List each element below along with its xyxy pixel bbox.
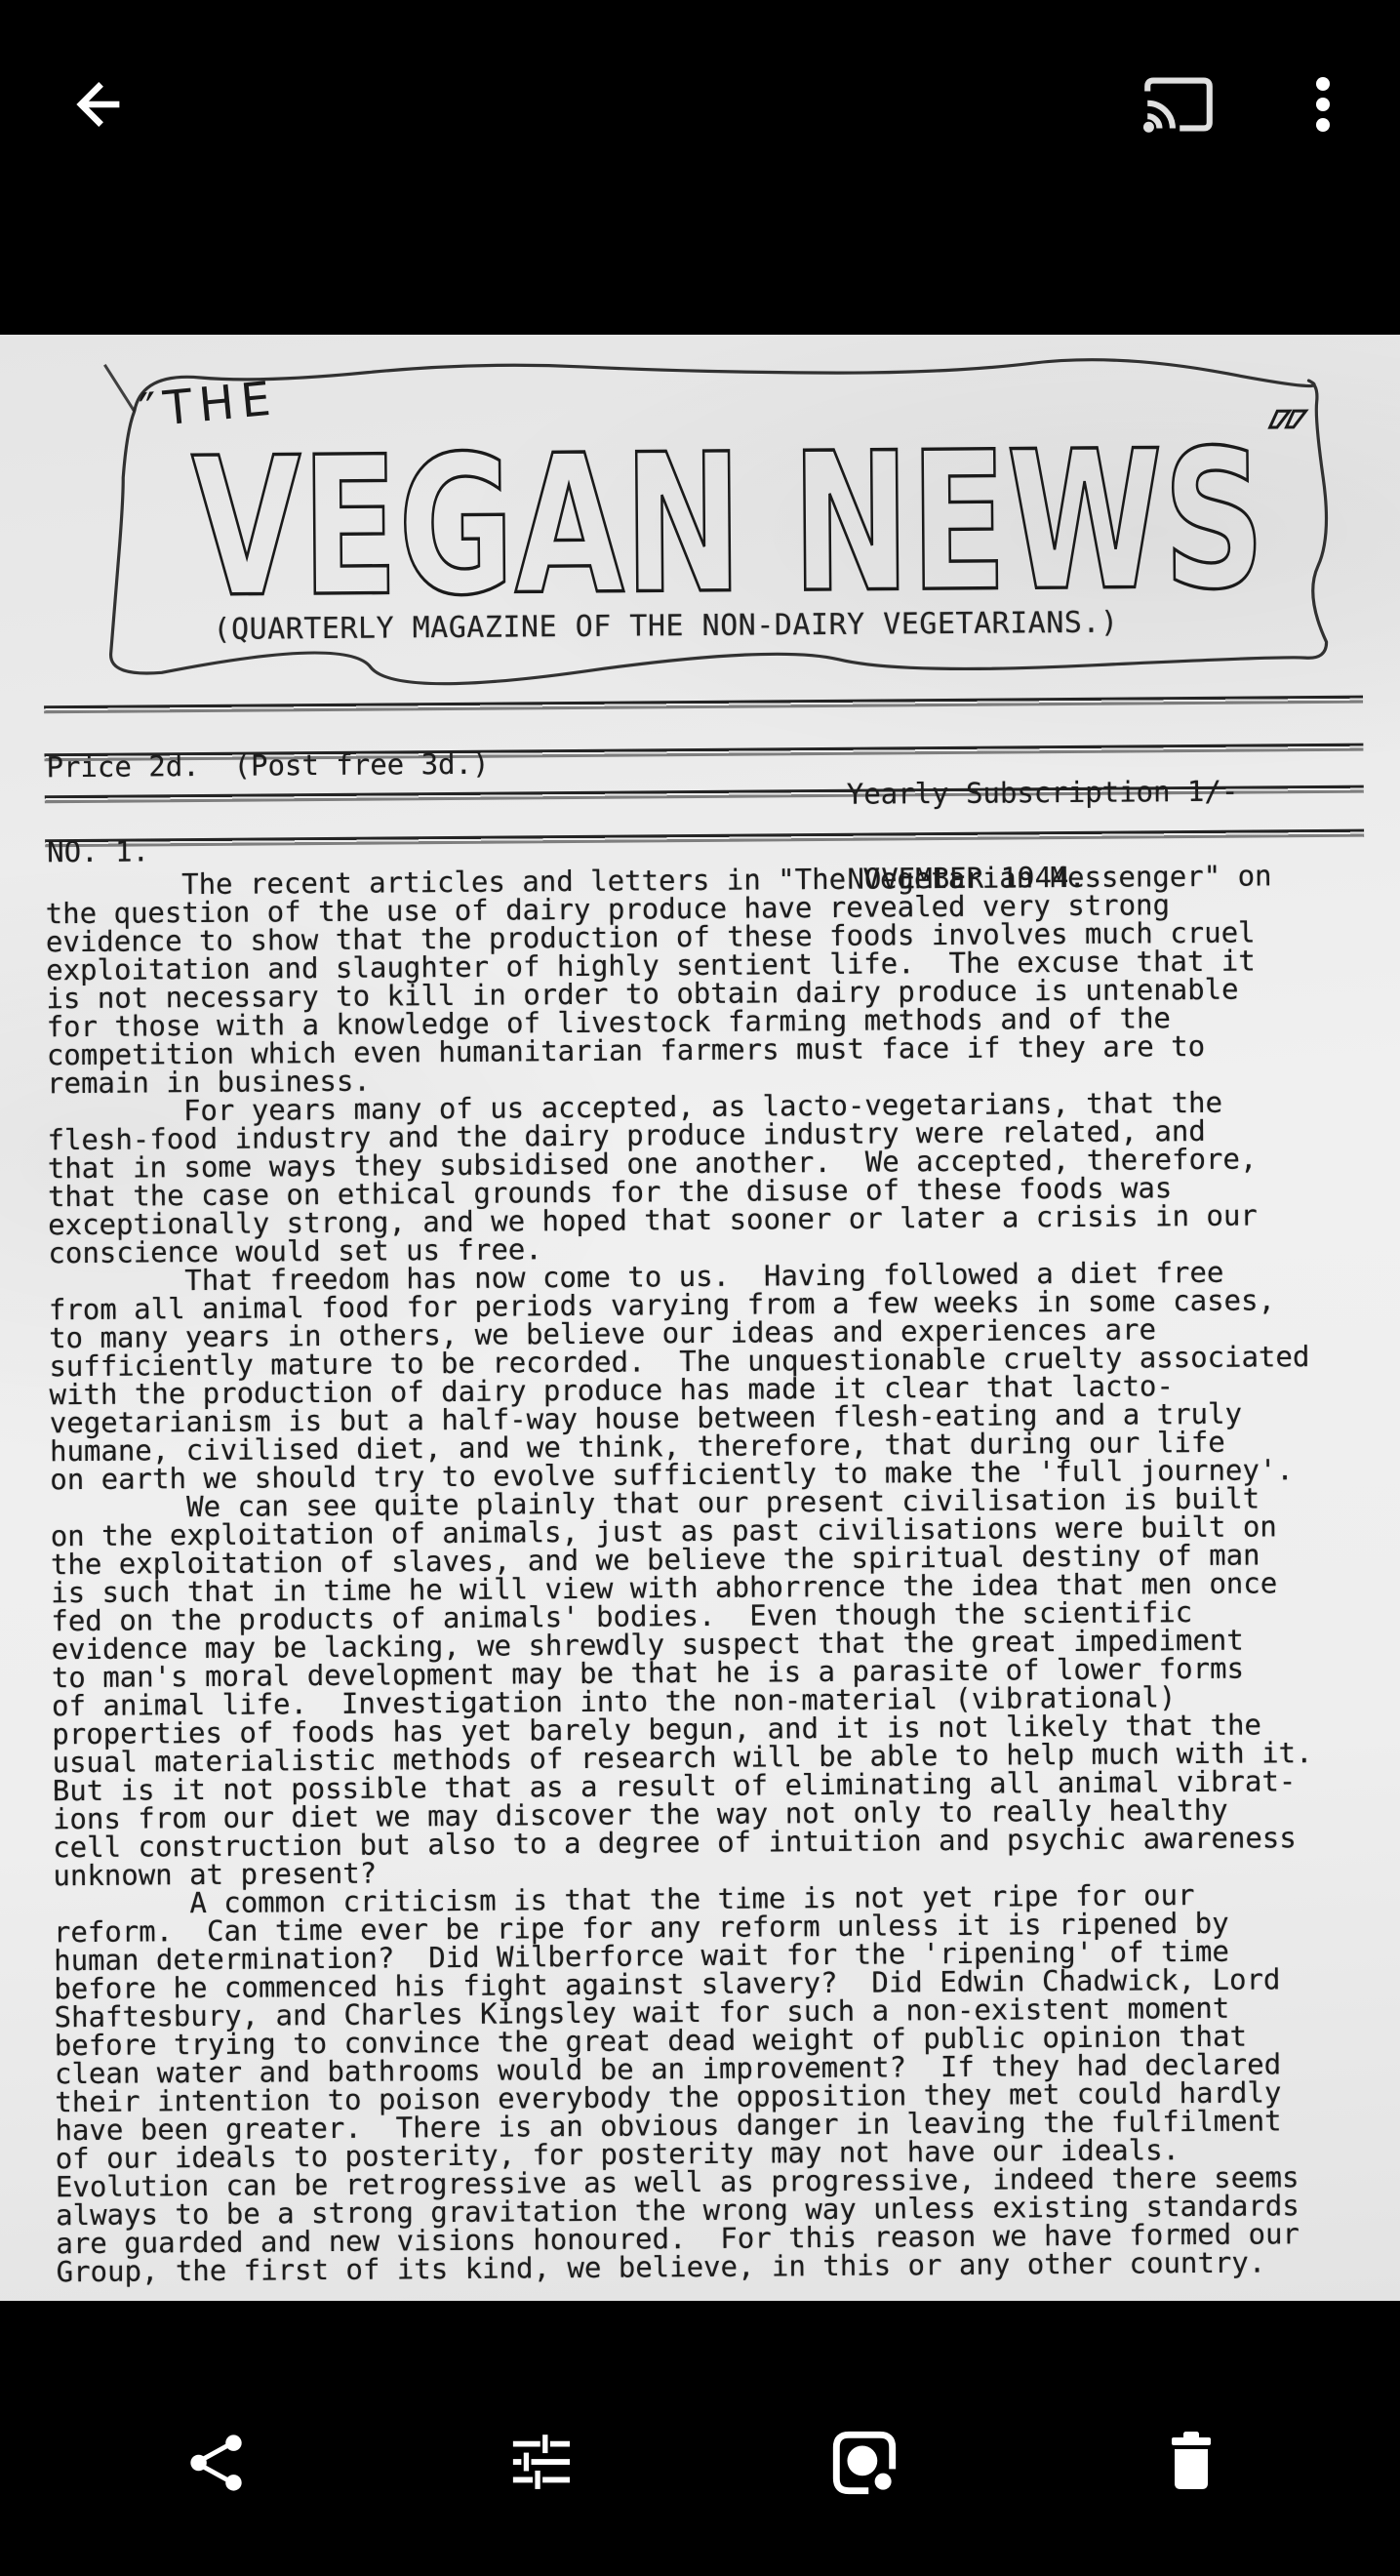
article-body: The recent articles and letters in "The … (45, 862, 1373, 2287)
lens-button[interactable] (821, 2421, 907, 2507)
document-page: VEGAN NEWS ″ ″THE (QUARTERLY MAGAZINE OF… (0, 335, 1400, 2301)
google-lens-icon (831, 2430, 898, 2499)
bottom-action-bar (0, 2301, 1400, 2576)
issue-number-text: NO. 1. (47, 834, 149, 868)
paragraph: For years many of us accepted, as lacto-… (47, 1088, 1365, 1268)
paragraph: That freedom has now come to us. Having … (49, 1258, 1368, 1495)
masthead-closing-quote: ″ (1268, 393, 1309, 498)
price-text: Price 2d. (Post free 3d.) (46, 747, 489, 785)
edit-button[interactable] (497, 2421, 582, 2507)
masthead-subtitle: (QUARTERLY MAGAZINE OF THE NON-DAIRY VEG… (213, 606, 1118, 647)
more-vertical-icon (1300, 75, 1346, 137)
more-options-button[interactable] (1280, 62, 1366, 148)
delete-button[interactable] (1148, 2421, 1234, 2507)
cast-button[interactable] (1136, 62, 1221, 148)
share-icon (186, 2431, 247, 2498)
arrow-left-icon (66, 75, 125, 137)
top-app-bar (0, 0, 1400, 335)
cast-icon (1140, 72, 1218, 140)
paragraph: We can see quite plainly that our presen… (50, 1484, 1370, 1891)
photo-viewer-screen: VEGAN NEWS ″ ″THE (QUARTERLY MAGAZINE OF… (0, 0, 1400, 2576)
trash-icon (1168, 2431, 1215, 2498)
share-button[interactable] (174, 2421, 260, 2507)
back-button[interactable] (53, 62, 139, 148)
paragraph: A common criticism is that the time is n… (54, 1880, 1374, 2287)
photo-scanned-document[interactable]: VEGAN NEWS ″ ″THE (QUARTERLY MAGAZINE OF… (0, 335, 1400, 2301)
paragraph: The recent articles and letters in "The … (45, 862, 1364, 1099)
tune-sliders-icon (509, 2432, 570, 2497)
